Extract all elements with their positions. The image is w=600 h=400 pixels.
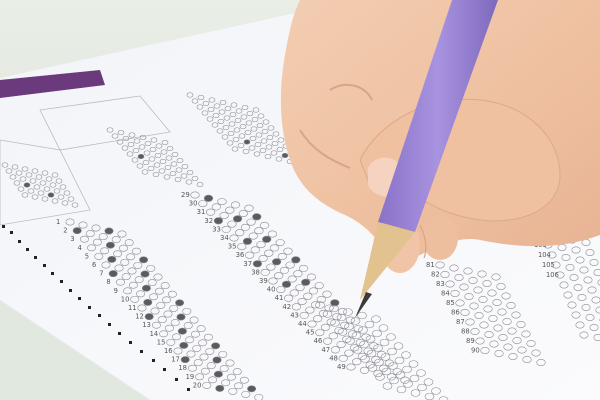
question-number: 29 bbox=[181, 191, 190, 199]
filled-bubble bbox=[244, 140, 250, 145]
filled-bubble bbox=[108, 256, 116, 262]
filled-bubble bbox=[138, 154, 144, 159]
question-number: 86 bbox=[451, 309, 460, 317]
question-number: 88 bbox=[461, 328, 470, 336]
question-number: 12 bbox=[135, 313, 144, 321]
filled-bubble bbox=[141, 271, 149, 277]
question-number: 49 bbox=[337, 363, 346, 371]
filled-bubble bbox=[213, 357, 221, 363]
question-number: 47 bbox=[321, 346, 330, 354]
question-number: 32 bbox=[204, 217, 213, 225]
question-number: 44 bbox=[298, 320, 307, 328]
question-number: 14 bbox=[150, 330, 159, 338]
question-number: 36 bbox=[236, 251, 245, 259]
question-number: 30 bbox=[189, 200, 198, 208]
filled-bubble bbox=[144, 299, 152, 305]
filled-bubble bbox=[282, 153, 288, 158]
question-number: 8 bbox=[106, 278, 110, 286]
question-number: 33 bbox=[212, 225, 221, 233]
question-number: 43 bbox=[290, 311, 299, 319]
filled-bubble bbox=[214, 218, 223, 224]
question-number: 89 bbox=[466, 337, 475, 345]
question-number: 35 bbox=[228, 243, 237, 251]
filled-bubble bbox=[216, 385, 224, 391]
filled-bubble bbox=[142, 285, 150, 291]
question-number: 48 bbox=[329, 354, 338, 362]
filled-bubble bbox=[175, 300, 183, 306]
filled-bubble bbox=[214, 371, 222, 377]
question-number: 7 bbox=[99, 270, 103, 278]
question-number: 85 bbox=[446, 299, 455, 307]
question-number: 46 bbox=[314, 337, 323, 345]
question-number: 84 bbox=[441, 290, 450, 298]
question-number: 6 bbox=[92, 261, 96, 269]
filled-bubble bbox=[253, 261, 262, 267]
question-number: 16 bbox=[164, 347, 173, 355]
question-number: 41 bbox=[275, 294, 284, 302]
filled-bubble bbox=[109, 270, 117, 276]
filled-bubble bbox=[178, 328, 186, 334]
question-number: 45 bbox=[306, 329, 315, 337]
question-number: 4 bbox=[78, 244, 82, 252]
question-number: 18 bbox=[178, 364, 187, 372]
question-number: 39 bbox=[259, 277, 268, 285]
question-number: 40 bbox=[267, 286, 276, 294]
filled-bubble bbox=[180, 342, 188, 348]
filled-bubble bbox=[139, 257, 147, 263]
question-number: 11 bbox=[128, 304, 137, 312]
question-number: 82 bbox=[431, 271, 440, 279]
question-number: 90 bbox=[471, 347, 480, 355]
filled-bubble bbox=[181, 356, 189, 362]
question-number: 83 bbox=[436, 280, 445, 288]
answer-sheet-photo: 1234567891011121314151617181920293031323… bbox=[0, 0, 600, 400]
question-number: 38 bbox=[251, 268, 260, 276]
filled-bubble bbox=[73, 227, 81, 233]
question-number: 13 bbox=[142, 321, 151, 329]
question-number: 42 bbox=[282, 303, 291, 311]
question-number: 1 bbox=[56, 218, 60, 226]
filled-bubble bbox=[211, 343, 219, 349]
filled-bubble bbox=[145, 313, 153, 319]
question-number: 19 bbox=[186, 373, 195, 381]
question-number: 81 bbox=[426, 261, 435, 269]
question-number: 10 bbox=[121, 295, 130, 303]
question-number: 37 bbox=[243, 260, 252, 268]
question-number: 34 bbox=[220, 234, 229, 242]
filled-bubble bbox=[247, 386, 255, 392]
question-number: 3 bbox=[70, 235, 74, 243]
question-number: 105 bbox=[542, 261, 555, 269]
question-number: 20 bbox=[193, 381, 202, 389]
filled-bubble bbox=[48, 193, 54, 198]
question-number: 5 bbox=[85, 252, 89, 260]
question-number: 104 bbox=[538, 251, 551, 259]
photo-scene: 1234567891011121314151617181920293031323… bbox=[0, 0, 600, 400]
question-number: 2 bbox=[63, 227, 67, 235]
question-number: 87 bbox=[456, 318, 465, 326]
filled-bubble bbox=[24, 183, 30, 188]
filled-bubble bbox=[106, 242, 114, 248]
question-number: 31 bbox=[197, 208, 206, 216]
filled-bubble bbox=[177, 314, 185, 320]
question-number: 106 bbox=[546, 271, 559, 279]
question-number: 15 bbox=[157, 338, 166, 346]
filled-bubble bbox=[105, 228, 113, 234]
question-number: 17 bbox=[171, 356, 180, 364]
question-number: 9 bbox=[114, 287, 118, 295]
